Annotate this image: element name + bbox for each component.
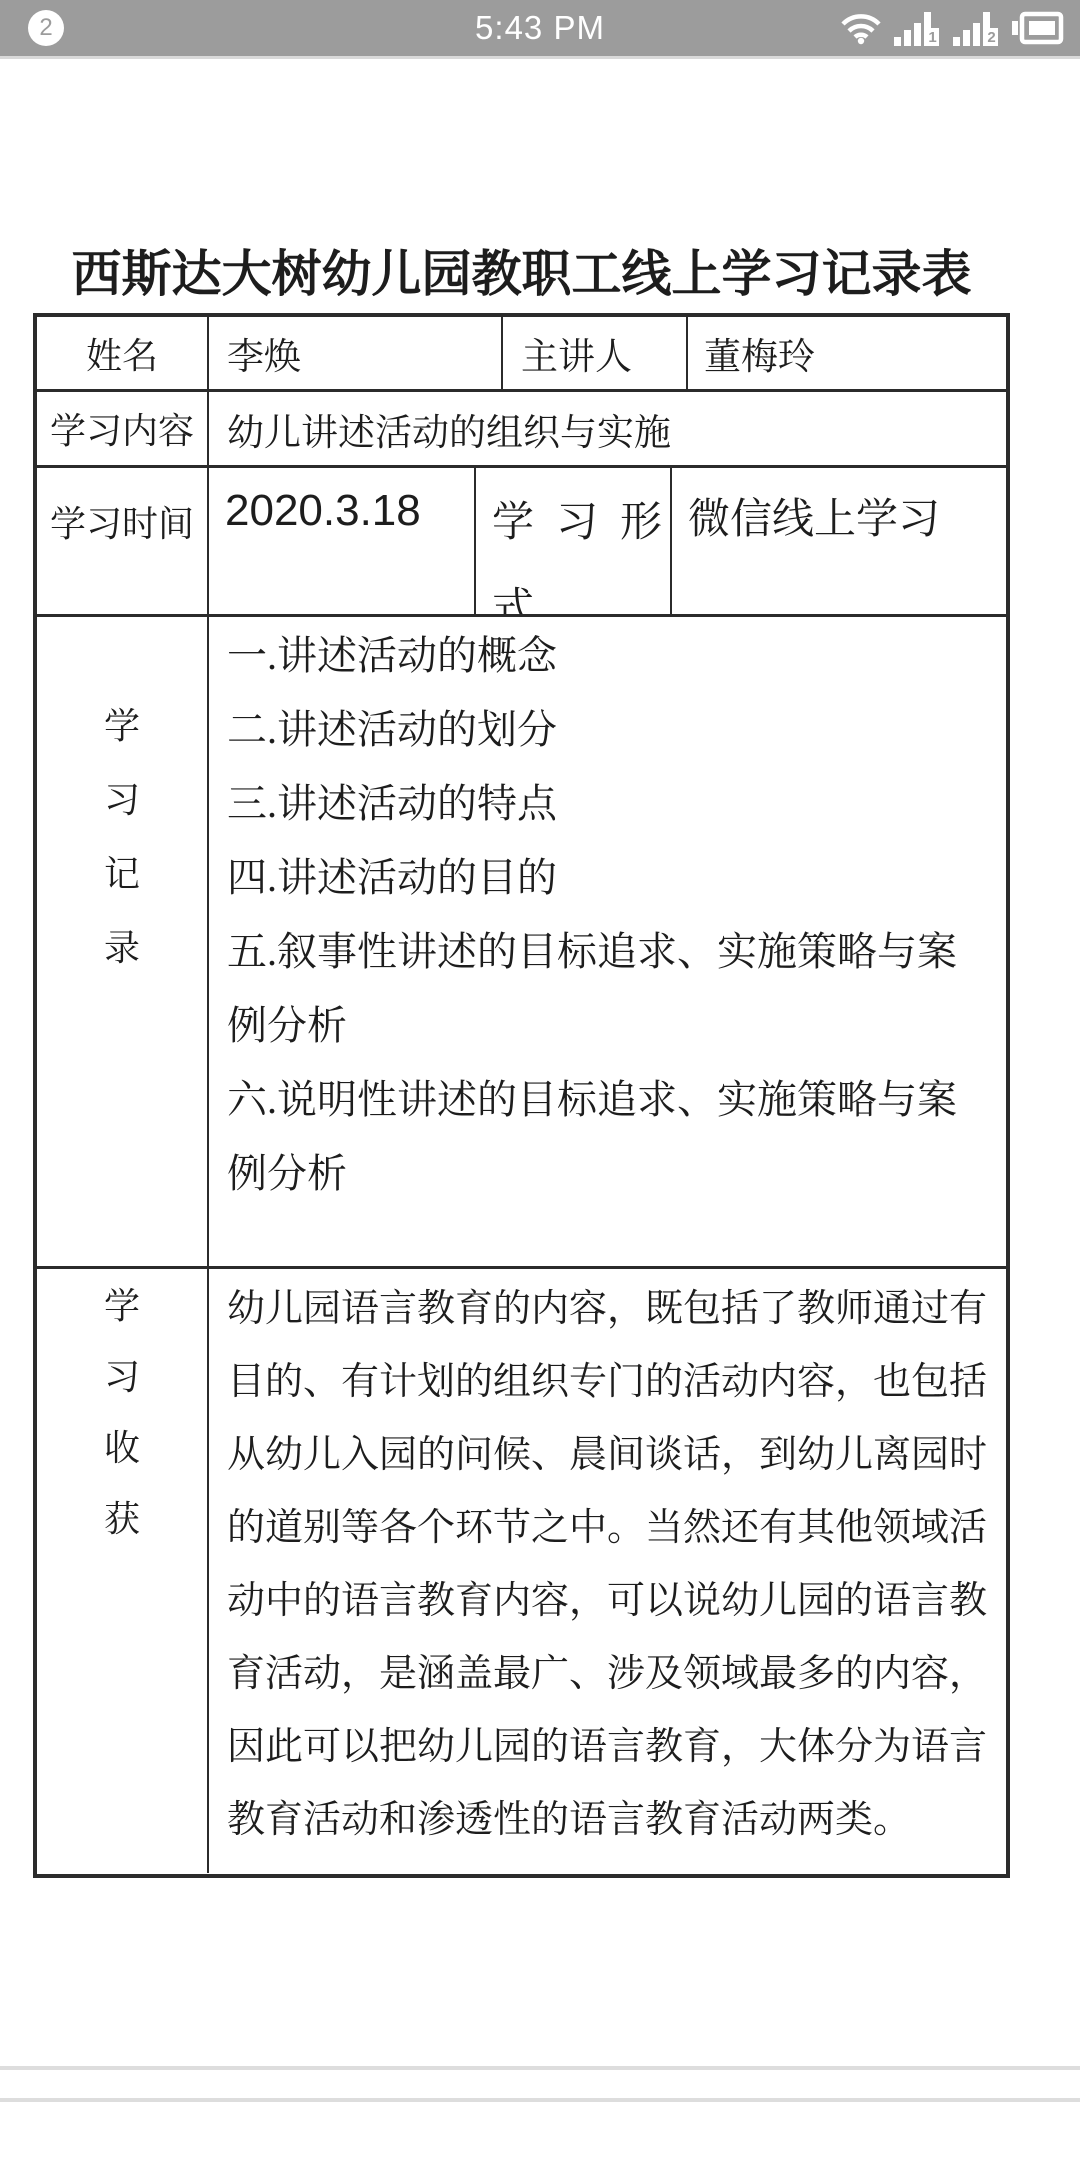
form-value-cell: 微信线上学习 xyxy=(672,468,1006,614)
harvest-label-char: 获 xyxy=(104,1484,140,1555)
harvest-line: 育活动，是涵盖最广、涉及领域最多的内容， xyxy=(227,1638,992,1711)
harvest-label-char: 习 xyxy=(104,1342,140,1413)
status-bar-divider xyxy=(0,56,1080,59)
form-label-cell: 学习形 式 xyxy=(476,468,672,614)
harvest-line: 的道别等各个环节之中。当然还有其他领域活 xyxy=(227,1492,992,1565)
sim2-number: 2 xyxy=(987,29,995,46)
phone-screen: 2 5:43 PM 1 xyxy=(0,0,1080,2160)
record-item: 四.讲述活动的目的 xyxy=(227,841,994,915)
harvest-line: 教育活动和渗透性的语言教育活动两类。 xyxy=(227,1784,992,1857)
speaker-value-cell: 董梅玲 xyxy=(688,317,1006,389)
record-item: 二.讲述活动的划分 xyxy=(227,693,994,767)
record-label-char: 习 xyxy=(104,763,140,837)
form-label-line1: 学习形 xyxy=(492,480,670,566)
battery-icon xyxy=(1012,11,1064,45)
harvest-line: 动中的语言教育内容，可以说幼儿园的语言教 xyxy=(227,1565,992,1638)
harvest-label-cell: 学 习 收 获 xyxy=(37,1269,209,1873)
harvest-content-cell: 幼儿园语言教育的内容，既包括了教师通过有 目的、有计划的组织专门的活动内容，也包… xyxy=(209,1269,1006,1873)
wifi-icon xyxy=(841,11,881,45)
record-item: 六.说明性讲述的目标追求、实施策略与案例分析 xyxy=(227,1063,994,1211)
table-row-harvest: 学 习 收 获 幼儿园语言教育的内容，既包括了教师通过有 目的、有计划的组织专门… xyxy=(37,1269,1006,1873)
page-break-divider xyxy=(0,2066,1080,2102)
time-label-cell: 学习时间 xyxy=(37,468,209,614)
content-value-cell: 幼儿讲述活动的组织与实施 xyxy=(209,392,1006,465)
table-row-time-form: 学习时间 2020.3.18 学习形 式 微信线上学习 xyxy=(37,468,1006,617)
harvest-label-char: 学 xyxy=(104,1271,140,1342)
status-icons: 1 2 xyxy=(841,0,1064,56)
harvest-line: 幼儿园语言教育的内容，既包括了教师通过有 xyxy=(227,1273,992,1346)
harvest-line: 目的、有计划的组织专门的活动内容，也包括 xyxy=(227,1346,992,1419)
record-label-char: 学 xyxy=(104,689,140,763)
harvest-label-char: 收 xyxy=(104,1413,140,1484)
record-label-char: 记 xyxy=(104,837,140,911)
record-label-cell: 学 习 记 录 xyxy=(37,617,209,1266)
signal-sim1-icon: 1 xyxy=(894,10,940,46)
name-value-cell: 李焕 xyxy=(209,317,503,389)
sim1-number: 1 xyxy=(928,29,936,46)
speaker-label-cell: 主讲人 xyxy=(503,317,688,389)
record-content-cell: 一.讲述活动的概念 二.讲述活动的划分 三.讲述活动的特点 四.讲述活动的目的 … xyxy=(209,617,1006,1266)
record-item: 三.讲述活动的特点 xyxy=(227,767,994,841)
table-row-record: 学 习 记 录 一.讲述活动的概念 二.讲述活动的划分 三.讲述活动的特点 四.… xyxy=(37,617,1006,1269)
table-row-content: 学习内容 幼儿讲述活动的组织与实施 xyxy=(37,392,1006,468)
table-row-name-speaker: 姓名 李焕 主讲人 董梅玲 xyxy=(37,317,1006,392)
harvest-line: 因此可以把幼儿园的语言教育，大体分为语言 xyxy=(227,1711,992,1784)
record-item: 五.叙事性讲述的目标追求、实施策略与案例分析 xyxy=(227,915,994,1063)
harvest-line: 从幼儿入园的问候、晨间谈话，到幼儿离园时 xyxy=(227,1419,992,1492)
record-label-char: 录 xyxy=(104,911,140,985)
name-label-cell: 姓名 xyxy=(37,317,209,389)
document-title: 西斯达大树幼儿园教职工线上学习记录表 xyxy=(33,234,1010,306)
form-label-line2: 式 xyxy=(492,566,670,614)
content-label-cell: 学习内容 xyxy=(37,392,209,465)
time-value-cell: 2020.3.18 xyxy=(209,468,476,614)
status-bar: 2 5:43 PM 1 xyxy=(0,0,1080,56)
learning-record-table: 姓名 李焕 主讲人 董梅玲 学习内容 幼儿讲述活动的组织与实施 学习时间 202… xyxy=(33,313,1010,1878)
record-item: 一.讲述活动的概念 xyxy=(227,619,994,693)
signal-sim2-icon: 2 xyxy=(953,10,999,46)
